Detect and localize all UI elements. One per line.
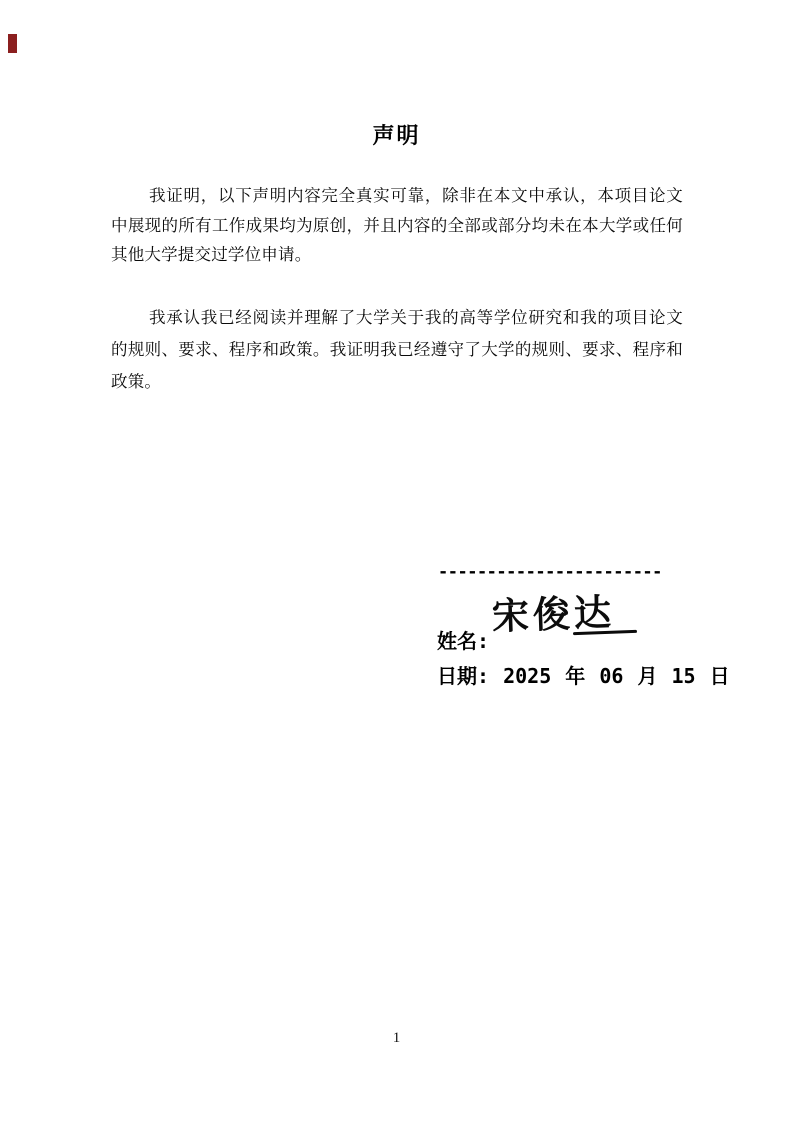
handwritten-signature: 宋俊达: [491, 593, 615, 639]
declaration-paragraph-2: 我承认我已经阅读并理解了大学关于我的高等学位研究和我的项目论文的规则、要求、程序…: [111, 302, 683, 398]
page-title: 声明: [0, 123, 793, 149]
signature-underline-stroke: [573, 630, 637, 635]
declaration-paragraph-1: 我证明，以下声明内容完全真实可靠，除非在本文中承认，本项目论文中展现的所有工作成…: [111, 181, 683, 270]
document-page: 声明 我证明，以下声明内容完全真实可靠，除非在本文中承认，本项目论文中展现的所有…: [0, 0, 793, 1122]
signature-block: ----------------------- 宋俊达 姓名: 日期: 2025…: [0, 0, 793, 1122]
page-number: 1: [0, 1030, 793, 1047]
signature-separator-line: -----------------------: [438, 562, 678, 582]
date-label: 日期: 2025 年 06 月 15 日: [437, 664, 730, 688]
name-label: 姓名:: [437, 629, 489, 653]
margin-red-marker: [8, 34, 17, 53]
